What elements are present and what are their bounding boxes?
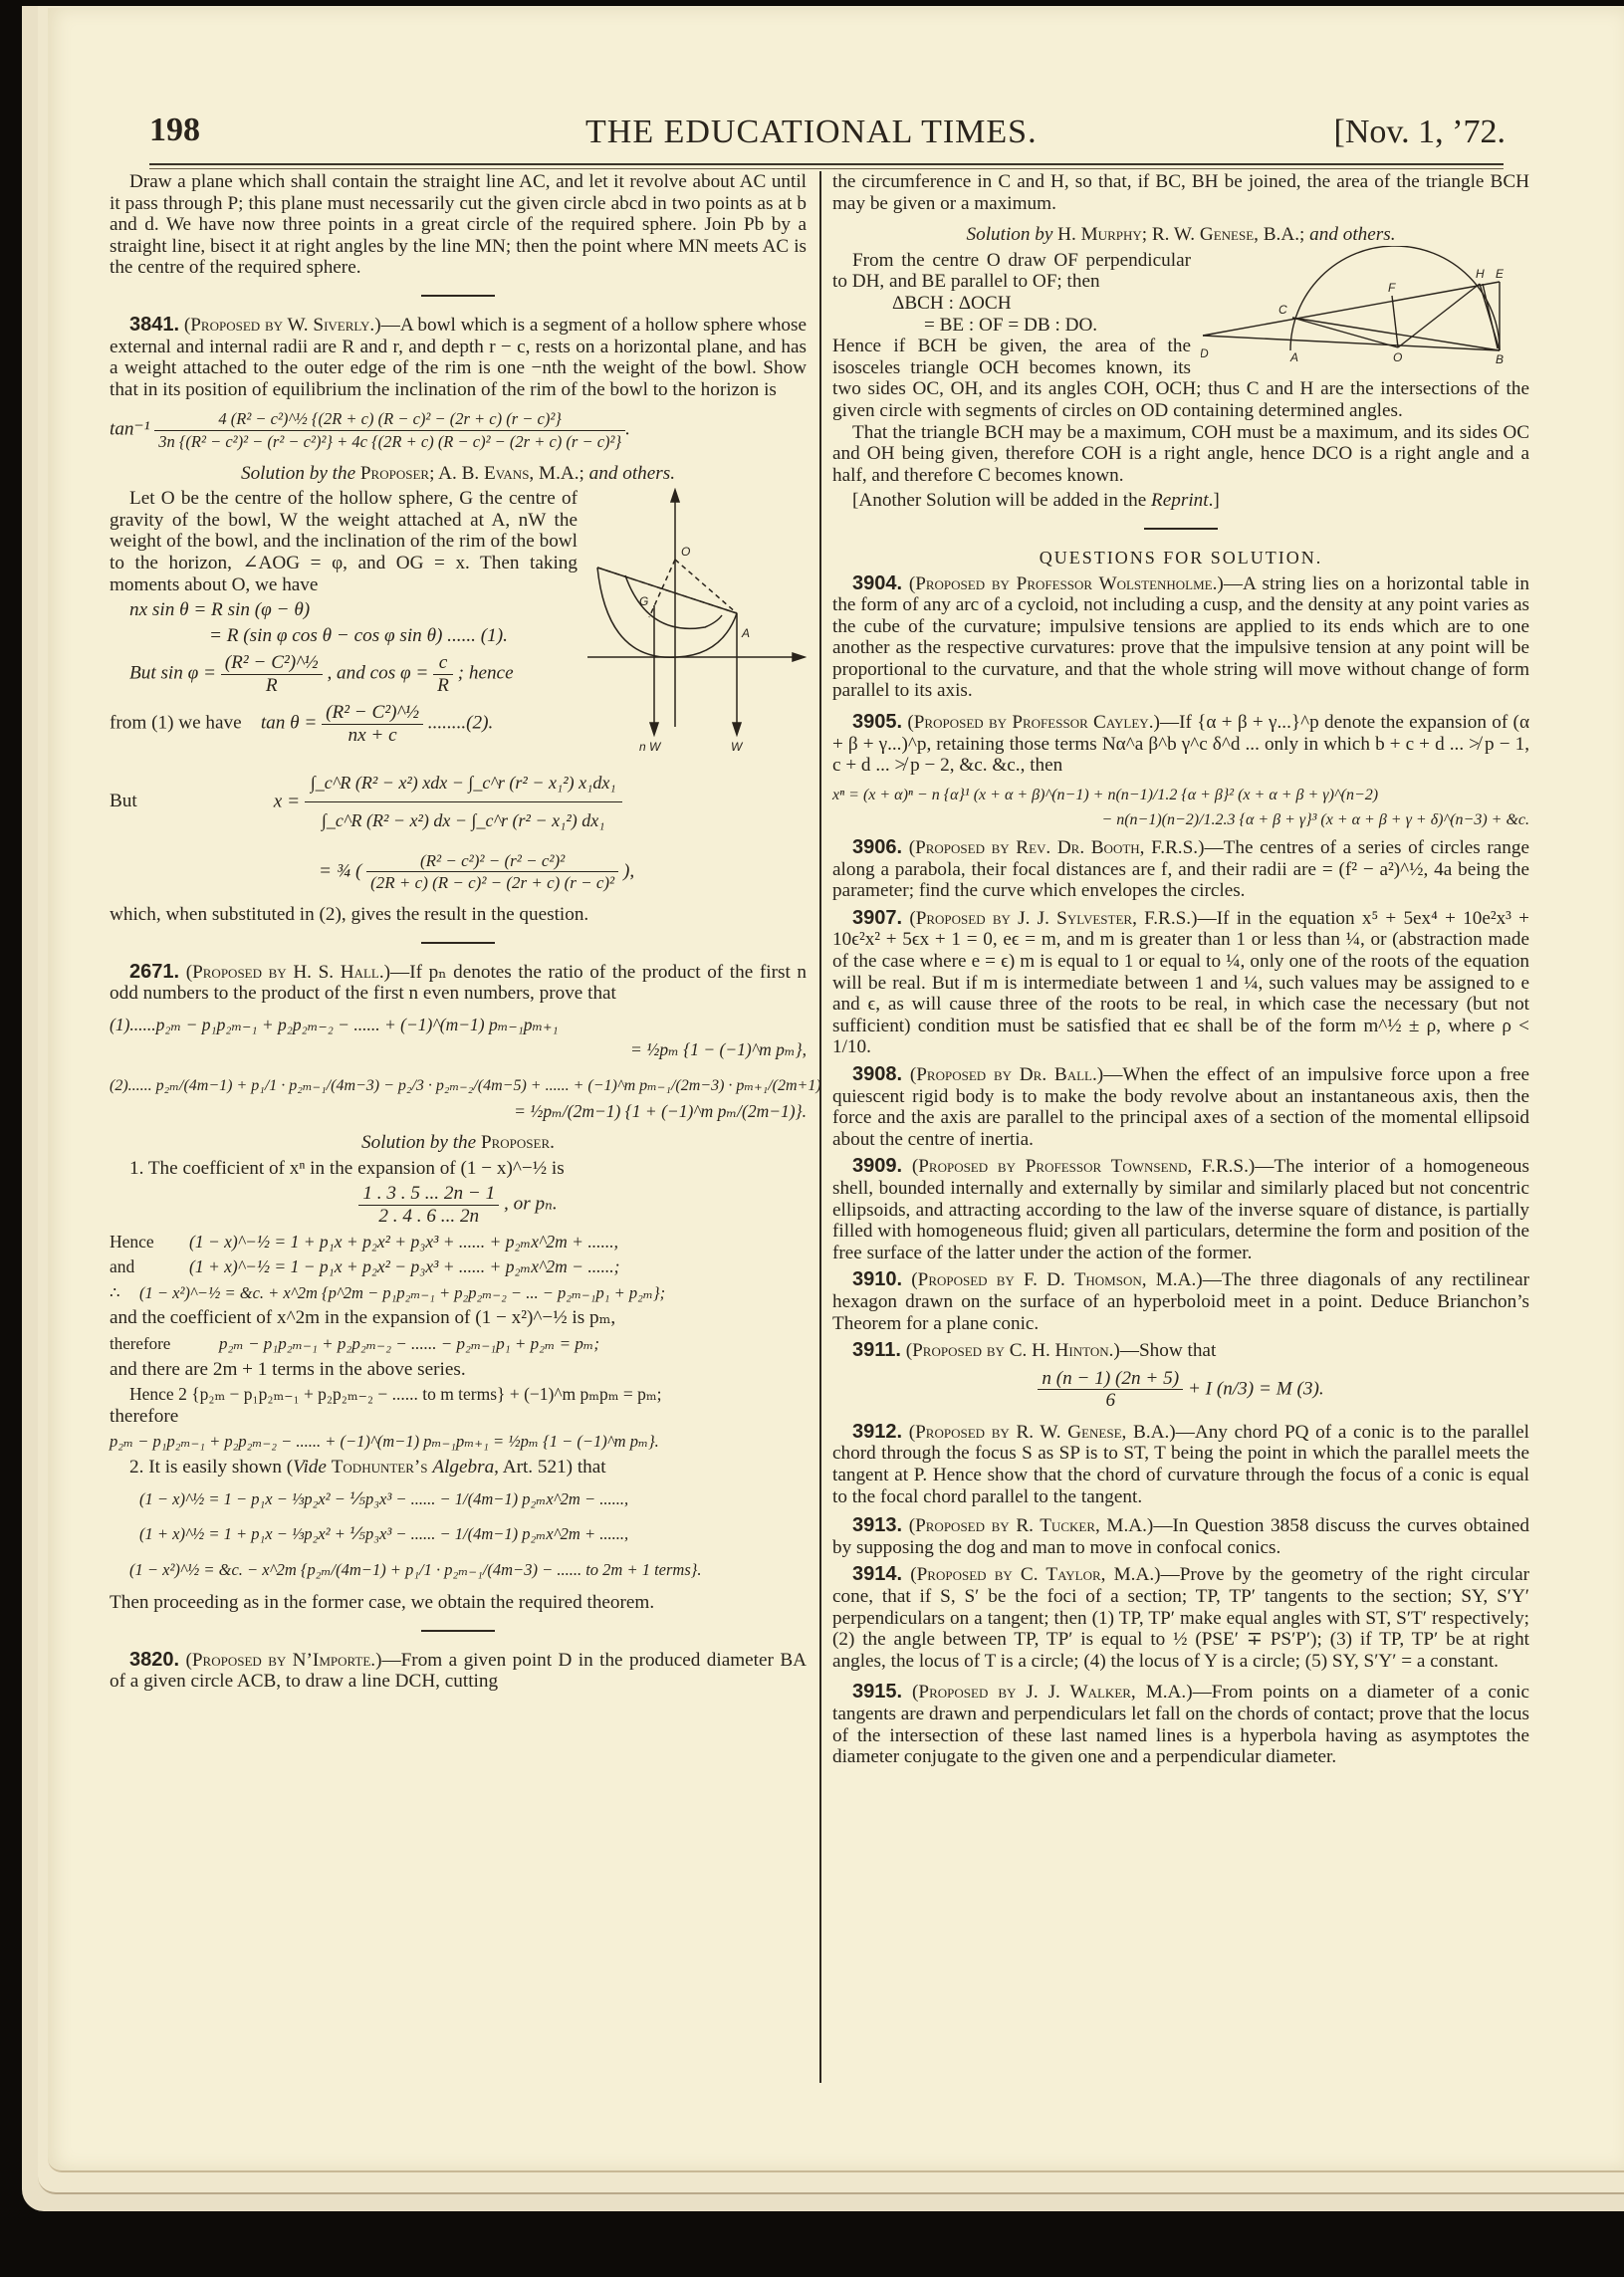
coefficient-line: and the coefficient of x^2m in the expan… — [110, 1307, 807, 1329]
header-rule-thin — [149, 168, 1504, 169]
question-number: 3820. — [129, 1649, 179, 1671]
proposer: (Proposed by N’Importe.) — [185, 1650, 381, 1671]
identity-2: (2)...... p₂ₘ/(4m−1) + p₁/1 · p₂ₘ₋₁/(4m−… — [110, 1075, 807, 1097]
half-power-expansion-3: (1 − x²)^½ = &c. − x^2m {p₂ₘ/(4m−1) + p₁… — [110, 1559, 807, 1581]
svg-text:F: F — [1388, 281, 1396, 295]
question-3841: 3841. (Proposed by W. Siverly.)—A bowl w… — [110, 315, 807, 926]
question-3905: 3905. (Proposed by Professor Cayley.)—If… — [832, 712, 1529, 831]
expansion-minus: (1 − x)^−½ = 1 + p₁x + p₂x² + p₃x³ + ...… — [189, 1232, 618, 1252]
proposer: (Proposed by W. Siverly.) — [184, 315, 381, 336]
section-title: QUESTIONS FOR SOLUTION. — [832, 548, 1529, 569]
denominator: 3n {(R² − c²)² − (r² − c²)²} + 4c {(2R +… — [154, 431, 625, 453]
tan-inverse: tan⁻¹ — [110, 419, 149, 440]
question-3910: 3910. (Proposed by F. D. Thomson, M.A.)—… — [832, 1269, 1529, 1334]
svg-text:G: G — [639, 594, 648, 608]
final-identity-1: p₂ₘ − p₁p₂ₘ₋₁ + p₂p₂ₘ₋₂ − ...... + (−1)^… — [110, 1431, 807, 1453]
svg-text:O: O — [681, 545, 690, 559]
identity-2-result: = ½pₘ/(2m−1) {1 + (−1)^m pₘ/(2m−1)}. — [110, 1101, 807, 1123]
circle-diagram: D A O B C F H E — [1201, 246, 1529, 365]
question-3908: 3908. (Proposed by Dr. Ball.)—When the e… — [832, 1064, 1529, 1150]
question-3911: 3911. (Proposed by C. H. Hinton.)—Show t… — [832, 1340, 1529, 1412]
result-formula: tan⁻¹ 4 (R² − c²)^½ {(2R + c) (R − c)² −… — [110, 408, 807, 452]
question-3907: 3907. (Proposed by J. J. Sylvester, F.R.… — [832, 908, 1529, 1058]
question-3914: 3914. (Proposed by C. Taylor, M.A.)—Prov… — [832, 1564, 1529, 1672]
numerator: 4 (R² − c²)^½ {(2R + c) (R − c)² − (2r +… — [154, 408, 625, 431]
solution-conclusion: Then proceeding as in the former case, w… — [110, 1592, 807, 1614]
centroid-result: = ¾ ( (R² − c²)² − (r² − c²)²(2R + c) (R… — [110, 850, 807, 894]
question-2671: 2671. (Proposed by H. S. Hall.)—If pₙ de… — [110, 962, 807, 1614]
bowl-diagram: O G A n W W — [587, 488, 807, 757]
result-fraction: 4 (R² − c²)^½ {(2R + c) (R − c)² − (2r +… — [154, 408, 625, 452]
question-3820: 3820. (Proposed by N’Importe.)—From a gi… — [110, 1650, 807, 1693]
svg-text:W: W — [731, 740, 744, 754]
svg-text:A: A — [1289, 350, 1298, 364]
hinton-equation: n (n − 1) (2n + 5)6 + I (n/3) = M (3). — [832, 1368, 1529, 1412]
half-power-expansion-2: (1 + x)^½ = 1 + p₁x − ⅓p₂x² + ⅕p₃x³ − ..… — [110, 1523, 807, 1545]
question-3913: 3913. (Proposed by R. Tucker, M.A.)—In Q… — [832, 1515, 1529, 1558]
svg-text:B: B — [1496, 352, 1504, 365]
circle-figure: D A O B C F H E — [1201, 246, 1529, 371]
solution-para-3: That the triangle BCH may be a maximum, … — [832, 422, 1529, 487]
running-head: 198 THE EDUCATIONAL TIMES. [Nov. 1, ’72. — [149, 112, 1504, 161]
cayley-expansion-1: xⁿ = (x + α)ⁿ − n {α}¹ (x + α + β)^(n−1)… — [832, 785, 1529, 806]
step-2-intro: 2. It is easily shown (Vide Todhunter’s … — [110, 1457, 807, 1479]
terms-line: and there are 2m + 1 terms in the above … — [110, 1359, 807, 1381]
expansion-plus: (1 + x)^−½ = 1 − p₁x + p₂x² − p₃x³ + ...… — [189, 1256, 619, 1276]
solution-heading: Solution by the Proposer. — [110, 1132, 807, 1154]
column-divider — [819, 171, 821, 2083]
svg-text:O: O — [1393, 350, 1402, 364]
question-3904: 3904. (Proposed by Professor Wolstenholm… — [832, 573, 1529, 703]
issue-date: [Nov. 1, ’72. — [1334, 114, 1507, 151]
left-column: Draw a plane which shall contain the str… — [110, 171, 807, 1693]
product-expansion: (1 − x²)^−½ = &c. + x^2m {p^2m − p₁p₂ₘ₋₁… — [139, 1283, 665, 1302]
question-3912: 3912. (Proposed by R. W. Genese, B.A.)—A… — [832, 1422, 1529, 1507]
step-1-fraction: 1 . 3 . 5 ... 2n − 12 . 4 . 6 ... 2n , o… — [110, 1183, 807, 1227]
step-1-intro: 1. The coefficient of xⁿ in the expansio… — [110, 1158, 807, 1180]
svg-text:C: C — [1278, 303, 1287, 317]
identity-1: (1)......p₂ₘ − p₁p₂ₘ₋₁ + p₂p₂ₘ₋₂ − .....… — [110, 1015, 807, 1036]
bowl-figure: O G A n W W — [587, 488, 807, 763]
question-number: 3841. — [129, 314, 179, 336]
svg-text:H: H — [1476, 267, 1485, 281]
svg-text:A: A — [741, 626, 750, 640]
solution-heading: Solution by the Proposer; A. B. Evans, M… — [110, 463, 807, 485]
header-rule — [149, 163, 1504, 165]
svg-text:n W: n W — [639, 740, 662, 754]
right-column: the circumference in C and H, so that, i… — [832, 171, 1529, 1768]
solution-heading: Solution by H. Murphy; R. W. Genese, B.A… — [832, 224, 1529, 246]
question-3906: 3906. (Proposed by Rev. Dr. Booth, F.R.S… — [832, 837, 1529, 902]
reprint-note: [Another Solution will be added in the R… — [832, 490, 1529, 512]
centroid-integral: But x = ∫_c^R (R² − x²) xdx − ∫_c^r (r² … — [110, 765, 807, 840]
question-3820-continuation: the circumference in C and H, so that, i… — [832, 171, 1529, 214]
section-rule — [421, 942, 495, 944]
question-3909: 3909. (Proposed by Professor Townsend, F… — [832, 1156, 1529, 1263]
hence-2-line: Hence 2 {p₂ₘ − p₁p₂ₘ₋₁ + p₂p₂ₘ₋₂ − .....… — [110, 1384, 807, 1406]
half-power-expansion-1: (1 − x)^½ = 1 − p₁x − ⅓p₂x² − ⅕p₃x³ − ..… — [110, 1488, 807, 1510]
continuation-text: Draw a plane which shall contain the str… — [110, 171, 807, 279]
solution-conclusion: which, when substituted in (2), gives th… — [110, 904, 807, 926]
section-rule — [1144, 528, 1218, 530]
page-number: 198 — [149, 112, 200, 149]
svg-text:E: E — [1496, 267, 1505, 281]
question-number: 2671. — [129, 961, 179, 983]
question-3915: 3915. (Proposed by J. J. Walker, M.A.)—F… — [832, 1682, 1529, 1767]
proposer: (Proposed by H. S. Hall.) — [186, 962, 390, 983]
identity-1-result: = ½pₘ {1 − (−1)^m pₘ}, — [110, 1039, 807, 1061]
section-rule — [421, 1630, 495, 1632]
section-rule — [421, 295, 495, 297]
journal-title: THE EDUCATIONAL TIMES. — [585, 114, 1038, 151]
svg-text:D: D — [1201, 346, 1209, 360]
cayley-expansion-2: − n(n−1)(n−2)/1.2.3 {α + β + γ}³ (x + α … — [832, 809, 1529, 831]
